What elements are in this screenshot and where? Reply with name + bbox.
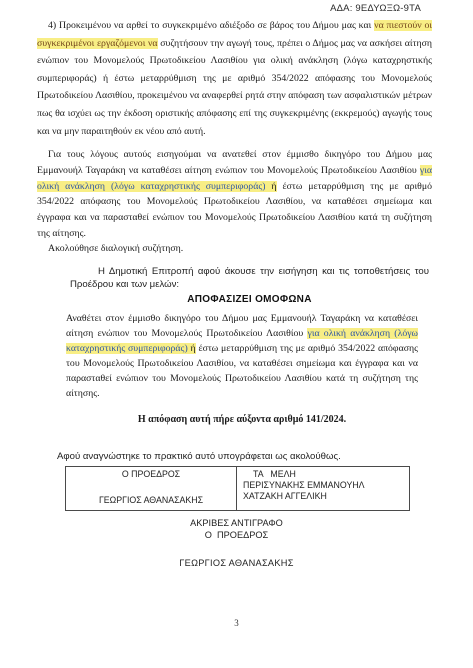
paragraph-run: 4) Προκειμένου να αρθεί το συγκεκριμένο …	[48, 20, 374, 31]
document-page: ΑΔΑ: 9ΕΔΥΩΞΩ-9ΤΑ 4) Προκειμένου να αρθεί…	[0, 0, 473, 668]
paragraph-recommendation: Για τους λόγους αυτούς εισηγούμαι να ανα…	[37, 147, 432, 241]
paragraph-item-4: 4) Προκειμένου να αρθεί το συγκεκριμένο …	[37, 17, 432, 140]
president-title: Ο ΠΡΟΕΔΡΟΣ	[66, 469, 236, 479]
highlighted-text: ή	[265, 181, 276, 192]
dialog-line: Ακολούθησε διαλογική συζήτηση.	[37, 241, 432, 257]
ada-code: ΑΔΑ: 9ΕΔΥΩΞΩ-9ΤΑ	[0, 0, 473, 14]
members-title: ΤΑ ΜΕΛΗ	[243, 469, 409, 480]
signature-table: Ο ΠΡΟΕΔΡΟΣ ΓΕΩΡΓΙΟΣ ΑΘΑΝΑΣΑΚΗΣ ΤΑ ΜΕΛΗ Π…	[65, 466, 410, 511]
certification-line: Ο ΠΡΟΕΔΡΟΣ	[0, 530, 473, 542]
committee-intro: Η Δημοτική Επιτροπή αφού άκουσε την εισή…	[70, 266, 429, 291]
president-name: ΓΕΩΡΓΙΟΣ ΑΘΑΝΑΣΑΚΗΣ	[66, 495, 236, 505]
closing-line: Αφού αναγνώστηκε το πρακτικό αυτό υπογρά…	[57, 451, 473, 462]
paragraph-decision: Αναθέτει στον έμμισθο δικηγόρο του Δήμου…	[66, 311, 418, 401]
highlighted-text: ή	[188, 343, 196, 354]
certification-name: ΓΕΩΡΓΙΟΣ ΑΘΑΝΑΣΑΚΗΣ	[0, 558, 473, 568]
page-number: 3	[0, 618, 473, 628]
member-name: ΧΑΤΖΑΚΗ ΑΓΓΕΛΙΚΗ	[243, 491, 409, 502]
decision-heading: ΑΠΟΦΑΣΙΖΕΙ ΟΜΟΦΩΝΑ	[70, 294, 429, 305]
decision-number-line: Η απόφαση αυτή πήρε αύξοντα αριθμό 141/2…	[66, 414, 418, 425]
paragraph-run: Για τους λόγους αυτούς εισηγούμαι να ανα…	[37, 149, 432, 176]
signature-cell-members: ΤΑ ΜΕΛΗ ΠΕΡΙΣΥΝΑΚΗΣ ΕΜΜΑΝΟΥΗΛ ΧΑΤΖΑΚΗ ΑΓ…	[237, 467, 409, 510]
signature-cell-president: Ο ΠΡΟΕΔΡΟΣ ΓΕΩΡΓΙΟΣ ΑΘΑΝΑΣΑΚΗΣ	[66, 467, 237, 510]
certification-line: ΑΚΡΙΒΕΣ ΑΝΤΙΓΡΑΦΟ	[0, 518, 473, 530]
member-name: ΠΕΡΙΣΥΝΑΚΗΣ ΕΜΜΑΝΟΥΗΛ	[243, 480, 409, 491]
paragraph-run: συζητήσουν την αγωγή τους, πρέπει ο Δήμο…	[37, 38, 432, 137]
certification-block: ΑΚΡΙΒΕΣ ΑΝΤΙΓΡΑΦΟ Ο ΠΡΟΕΔΡΟΣ	[0, 518, 473, 541]
